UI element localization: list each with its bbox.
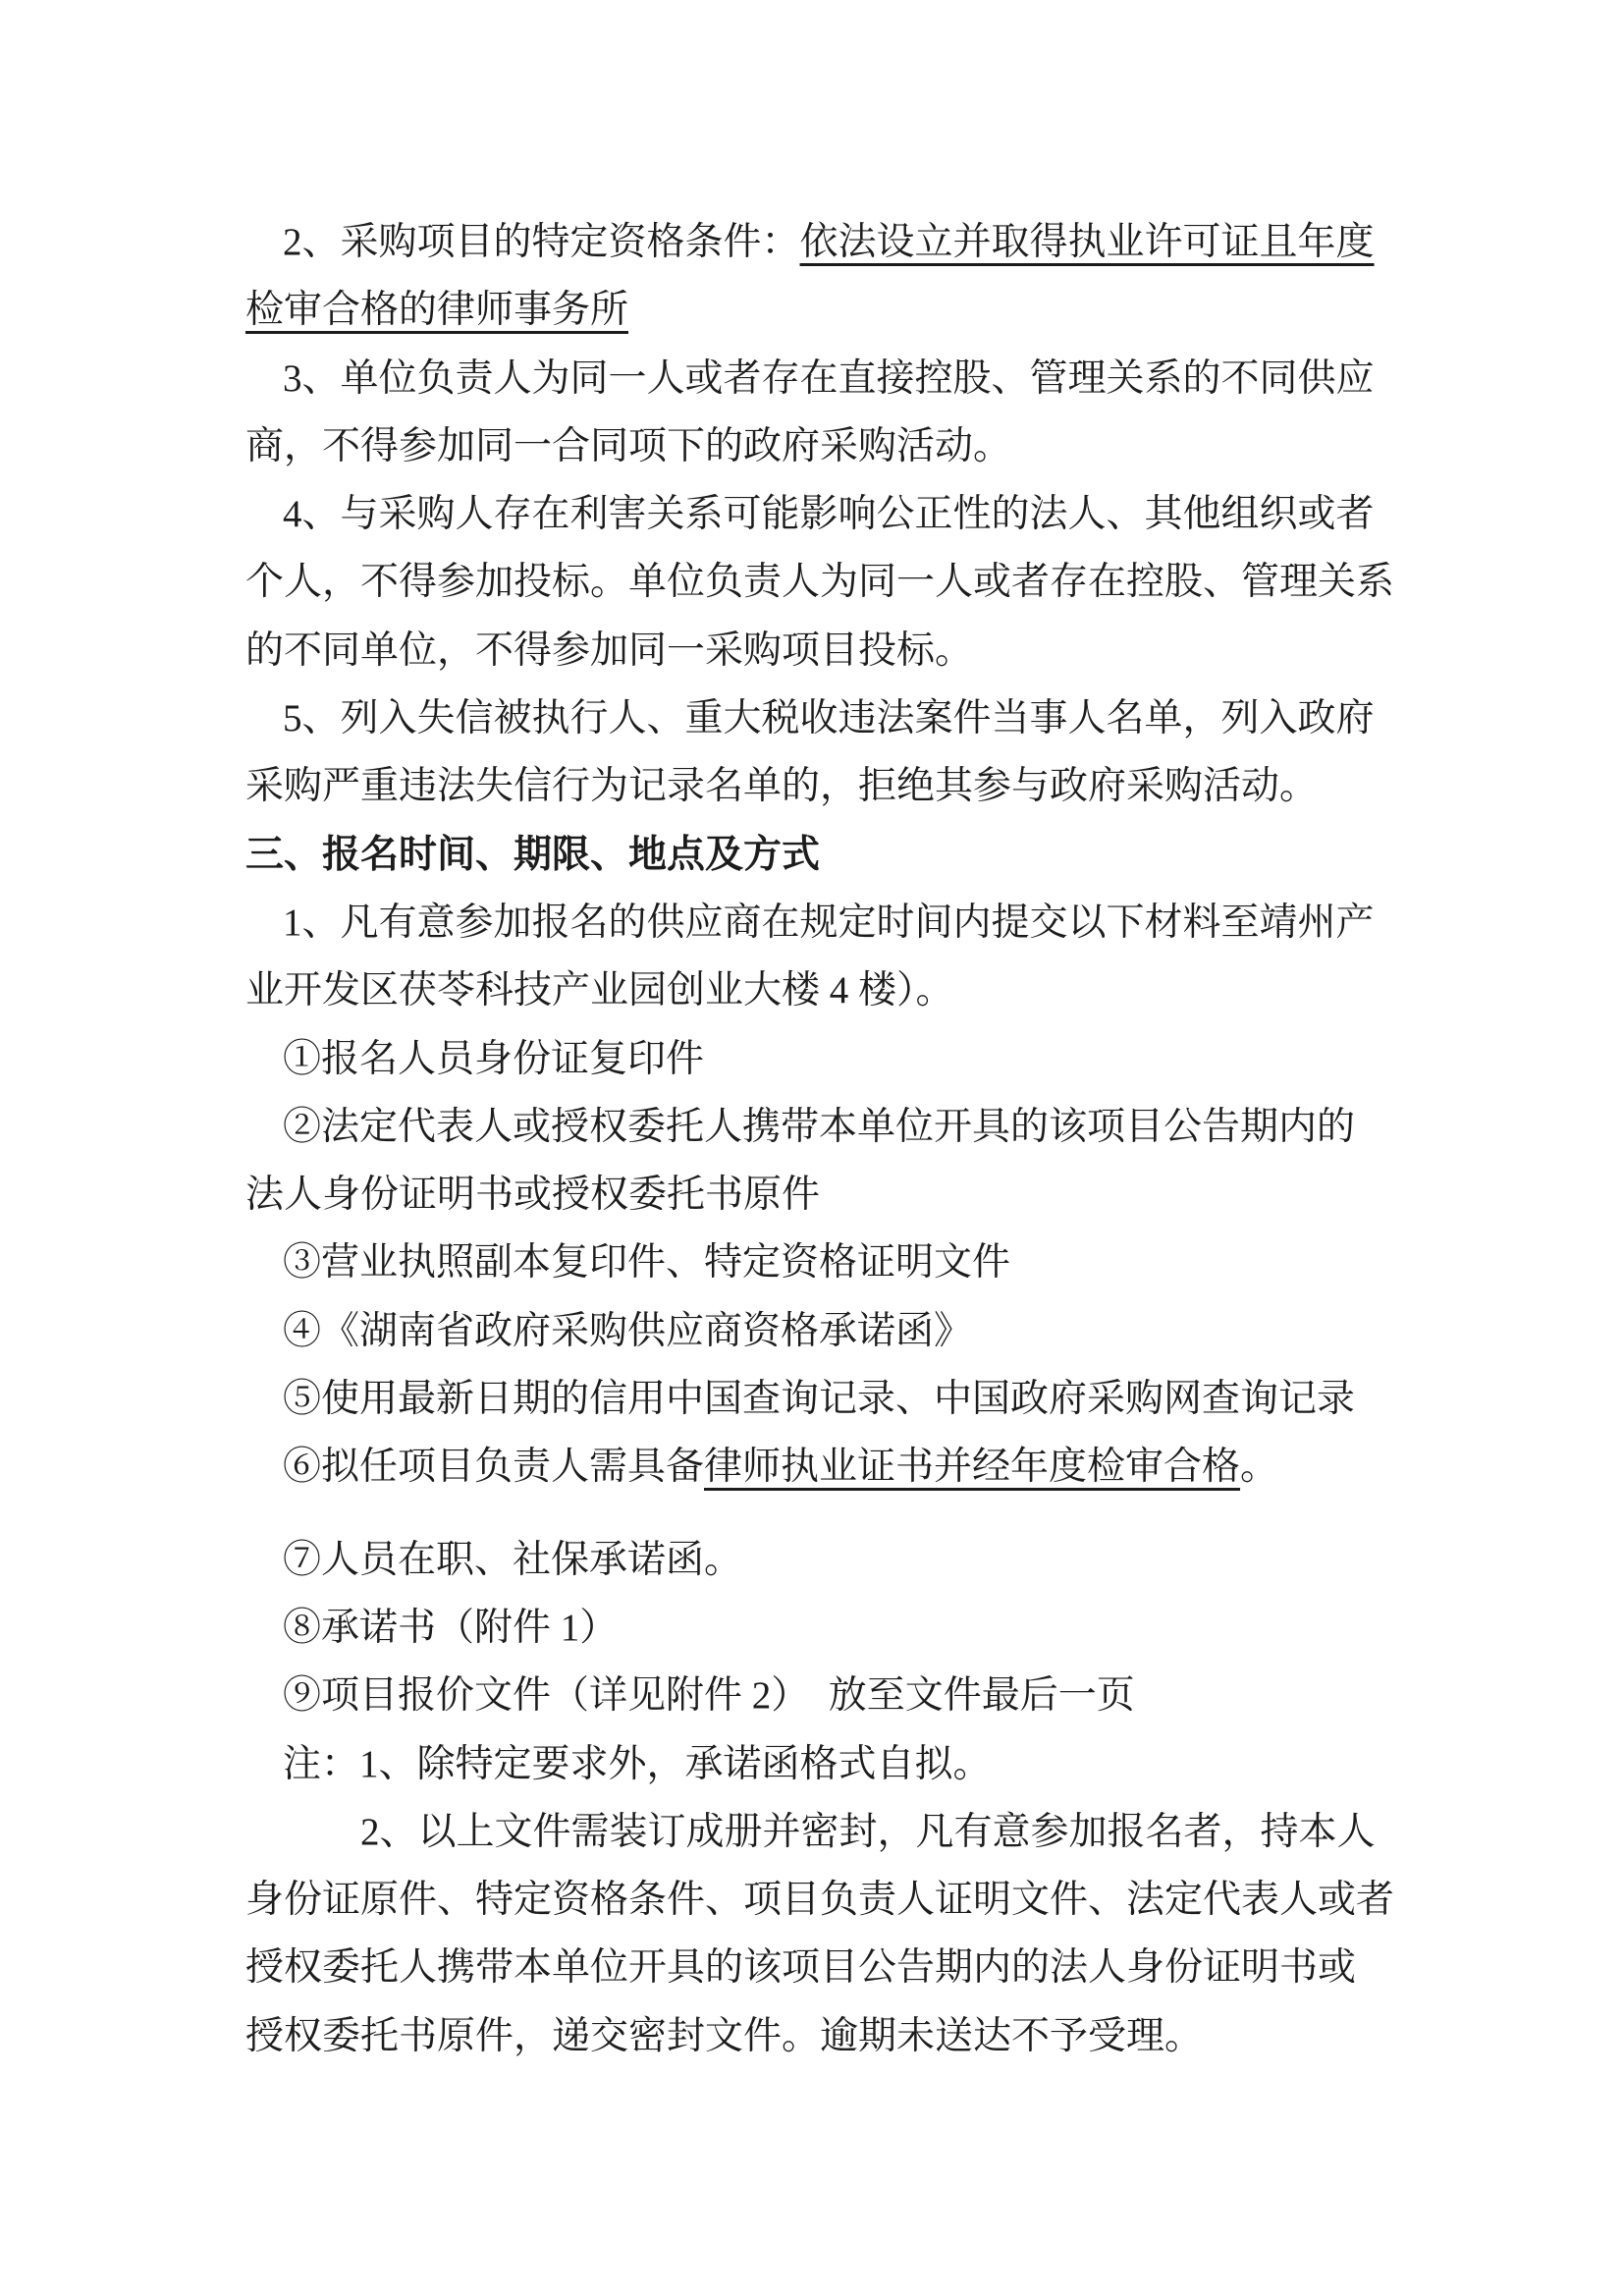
text-segment: ①报名人员身份证复印件 — [283, 1038, 704, 1080]
text-line: 授权委托人携带本单位开具的该项目公告期内的法人身份证明书或 — [245, 1934, 1380, 2001]
text-line: 授权委托书原件，递交密封文件。逾期未送达不予受理。 — [245, 2002, 1380, 2070]
text-segment: 5、列入失信被执行人、重大税收违法案件当事人名单，列入政府 — [283, 697, 1375, 739]
text-segment: 商，不得参加同一合同项下的政府采购活动。 — [245, 425, 1011, 467]
text-segment: 的不同单位，不得参加同一采购项目投标。 — [245, 629, 973, 672]
text-segment: 授权委托书原件，递交密封文件。逾期未送达不予受理。 — [245, 2015, 1203, 2057]
text-segment: 采购严重违法失信行为记录名单的，拒绝其参与政府采购活动。 — [245, 765, 1318, 807]
text-segment: ②法定代表人或授权委托人携带本单位开具的该项目公告期内的 — [283, 1106, 1355, 1148]
text-segment: ⑦人员在职、社保承诺函。 — [283, 1539, 742, 1581]
text-line: ⑦人员在职、社保承诺函。 — [245, 1526, 1380, 1594]
text-line: 2、以上文件需装订成册并密封，凡有意参加报名者，持本人 — [245, 1798, 1380, 1866]
text-line: 1、凡有意参加报名的供应商在规定时间内提交以下材料至靖州产 — [245, 889, 1380, 957]
text-segment: 业开发区茯苓科技产业园创业大楼 4 楼）。 — [245, 969, 954, 1011]
text-line: 个人，不得参加投标。单位负责人为同一人或者存在控股、管理关系 — [245, 548, 1380, 616]
text-segment: 1、凡有意参加报名的供应商在规定时间内提交以下材料至靖州产 — [283, 902, 1375, 944]
underlined-segment: 依法设立并取得执业许可证且年度 — [800, 221, 1375, 263]
text-segment: 法人身份证明书或授权委托书原件 — [245, 1174, 820, 1216]
text-segment: ④《湖南省政府采购供应商资格承诺函》 — [283, 1310, 972, 1352]
text-segment: 3、单位负责人为同一人或者存在直接控股、管理关系的不同供应 — [283, 357, 1375, 400]
text-line: ⑧承诺书（附件 1） — [245, 1594, 1380, 1662]
text-segment: 三、报名时间、期限、地点及方式 — [245, 834, 820, 876]
section-heading: 三、报名时间、期限、地点及方式 — [245, 821, 1380, 889]
text-line: ⑤使用最新日期的信用中国查询记录、中国政府采购网查询记录 — [245, 1365, 1380, 1433]
underlined-segment: 律师执业证书并经年度检审合格 — [704, 1446, 1240, 1488]
document-page: 2、采购项目的特定资格条件：依法设立并取得执业许可证且年度检审合格的律师事务所3… — [0, 0, 1623, 2296]
text-line: 商，不得参加同一合同项下的政府采购活动。 — [245, 412, 1380, 480]
text-segment: 身份证原件、特定资格条件、项目负责人证明文件、法定代表人或者 — [245, 1879, 1394, 1921]
text-line: 3、单位负责人为同一人或者存在直接控股、管理关系的不同供应 — [245, 345, 1380, 412]
document-content: 2、采购项目的特定资格条件：依法设立并取得执业许可证且年度检审合格的律师事务所3… — [245, 208, 1380, 2070]
text-segment: 授权委托人携带本单位开具的该项目公告期内的法人身份证明书或 — [245, 1946, 1356, 1989]
text-line: 注：1、除特定要求外，承诺函格式自拟。 — [245, 1730, 1380, 1798]
text-segment: ⑥拟任项目负责人需具备 — [283, 1446, 704, 1488]
text-line: ②法定代表人或授权委托人携带本单位开具的该项目公告期内的 — [245, 1093, 1380, 1161]
text-line: 的不同单位，不得参加同一采购项目投标。 — [245, 617, 1380, 684]
underlined-segment: 检审合格的律师事务所 — [245, 289, 628, 331]
text-line: ⑨项目报价文件（详见附件 2） 放至文件最后一页 — [245, 1662, 1380, 1729]
text-segment: ⑧承诺书（附件 1） — [283, 1607, 618, 1649]
text-segment: 2、以上文件需装订成册并密封，凡有意参加报名者，持本人 — [360, 1811, 1376, 1853]
text-line: ⑥拟任项目负责人需具备律师执业证书并经年度检审合格。 — [245, 1433, 1380, 1501]
text-segment: ⑤使用最新日期的信用中国查询记录、中国政府采购网查询记录 — [283, 1378, 1355, 1420]
text-line: ③营业执照副本复印件、特定资格证明文件 — [245, 1229, 1380, 1296]
text-line: 采购严重违法失信行为记录名单的，拒绝其参与政府采购活动。 — [245, 752, 1380, 820]
text-line: ①报名人员身份证复印件 — [245, 1025, 1380, 1093]
text-segment: ③营业执照副本复印件、特定资格证明文件 — [283, 1241, 1010, 1284]
text-line: 5、列入失信被执行人、重大税收违法案件当事人名单，列入政府 — [245, 684, 1380, 752]
text-segment: 注：1、除特定要求外，承诺函格式自拟。 — [283, 1743, 992, 1785]
text-line: 业开发区茯苓科技产业园创业大楼 4 楼）。 — [245, 957, 1380, 1024]
text-line: 身份证原件、特定资格条件、项目负责人证明文件、法定代表人或者 — [245, 1866, 1380, 1934]
text-segment: 2、采购项目的特定资格条件： — [283, 221, 800, 263]
text-segment: 个人，不得参加投标。单位负责人为同一人或者存在控股、管理关系 — [245, 561, 1394, 603]
text-line: ④《湖南省政府采购供应商资格承诺函》 — [245, 1297, 1380, 1365]
text-segment: ⑨项目报价文件（详见附件 2） 放至文件最后一页 — [283, 1674, 1135, 1717]
text-line: 法人身份证明书或授权委托书原件 — [245, 1161, 1380, 1229]
text-line: 4、与采购人存在利害关系可能影响公正性的法人、其他组织或者 — [245, 480, 1380, 548]
text-line: 检审合格的律师事务所 — [245, 276, 1380, 344]
text-line: 2、采购项目的特定资格条件：依法设立并取得执业许可证且年度 — [245, 208, 1380, 276]
text-segment: 。 — [1240, 1446, 1278, 1488]
text-segment: 4、与采购人存在利害关系可能影响公正性的法人、其他组织或者 — [283, 493, 1375, 535]
